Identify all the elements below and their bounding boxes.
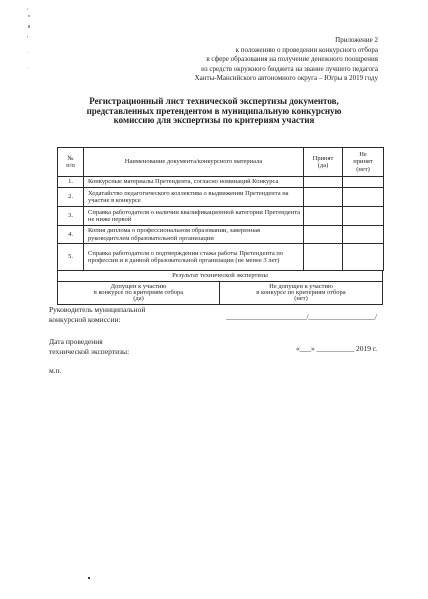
result-not-allowed-cell: Не допущен к участию в конкурсе по крите…	[220, 282, 383, 305]
result-allowed-cell: Допущен к участию в конкурсе по критерия…	[57, 282, 220, 305]
col-header-rejected: Не принят (нет)	[343, 148, 384, 177]
result-section-title: Результат технической экспертизы	[57, 271, 383, 282]
scan-artifact	[88, 577, 90, 579]
table-row: 4. Копия диплома о профессиональном обра…	[58, 226, 384, 244]
document-name-cell: Конкурсные материалы Претендента, соглас…	[84, 177, 304, 188]
expertise-date-value: «___» __________ 2019 г.	[296, 344, 377, 353]
appendix-note: Приложение 2 к положению о проведении ко…	[195, 36, 378, 84]
rejected-value-cell	[343, 177, 384, 188]
table-row: 1. Конкурсные материалы Претендента, сог…	[58, 177, 384, 188]
rejected-value-cell	[343, 226, 384, 244]
table-header-row: № п/п Наименование документа/конкурсного…	[58, 148, 384, 177]
rejected-value-cell	[343, 244, 384, 271]
document-title: Регистрационный лист технической эксперт…	[0, 97, 428, 126]
chair-signature-line: _______________________/________________…	[226, 313, 377, 321]
row-number-cell: 1.	[58, 177, 84, 188]
table-row: 2. Ходатайство педагогического коллектив…	[58, 188, 384, 207]
col-header-accepted: Принят (да)	[304, 148, 343, 177]
document-name-cell: Копия диплома о профессиональном образов…	[84, 226, 304, 244]
chair-label: Руководитель муниципальной конкурсной ко…	[49, 305, 145, 324]
rejected-value-cell	[343, 188, 384, 207]
scan-artifact	[28, 15, 30, 17]
accepted-value-cell	[304, 188, 343, 207]
table-row: 5. Справка работодателя о подтверждении …	[58, 244, 384, 271]
scan-artifact	[28, 52, 29, 53]
row-number-cell: 4.	[58, 226, 84, 244]
document-name-cell: Справка работодателя о наличии квалифика…	[84, 207, 304, 226]
expertise-table-wrap: № п/п Наименование документа/конкурсного…	[57, 147, 383, 305]
scan-artifact	[28, 25, 30, 28]
accepted-value-cell	[304, 207, 343, 226]
document-name-cell: Справка работодателя о подтверждении ста…	[84, 244, 304, 271]
scan-artifact	[27, 36, 28, 38]
result-cells-row: Допущен к участию в конкурсе по критерия…	[57, 282, 383, 305]
accepted-value-cell	[304, 177, 343, 188]
scan-artifact	[27, 8, 28, 10]
rejected-value-cell	[343, 207, 384, 226]
document-name-cell: Ходатайство педагогического коллектива о…	[84, 188, 304, 207]
expertise-table: № п/п Наименование документа/конкурсного…	[57, 147, 384, 271]
row-number-cell: 3.	[58, 207, 84, 226]
scan-artifact	[28, 68, 29, 69]
accepted-value-cell	[304, 226, 343, 244]
col-header-document-name: Наименование документа/конкурсного матер…	[84, 148, 304, 177]
table-row: 3. Справка работодателя о наличии квалиф…	[58, 207, 384, 226]
row-number-cell: 2.	[58, 188, 84, 207]
col-header-number: № п/п	[58, 148, 84, 177]
document-page: Приложение 2 к положению о проведении ко…	[0, 0, 428, 599]
row-number-cell: 5.	[58, 244, 84, 271]
expertise-date-label: Дата проведения технической экспертизы:	[49, 337, 129, 356]
stamp-mark: м.п.	[49, 366, 62, 375]
accepted-value-cell	[304, 244, 343, 271]
